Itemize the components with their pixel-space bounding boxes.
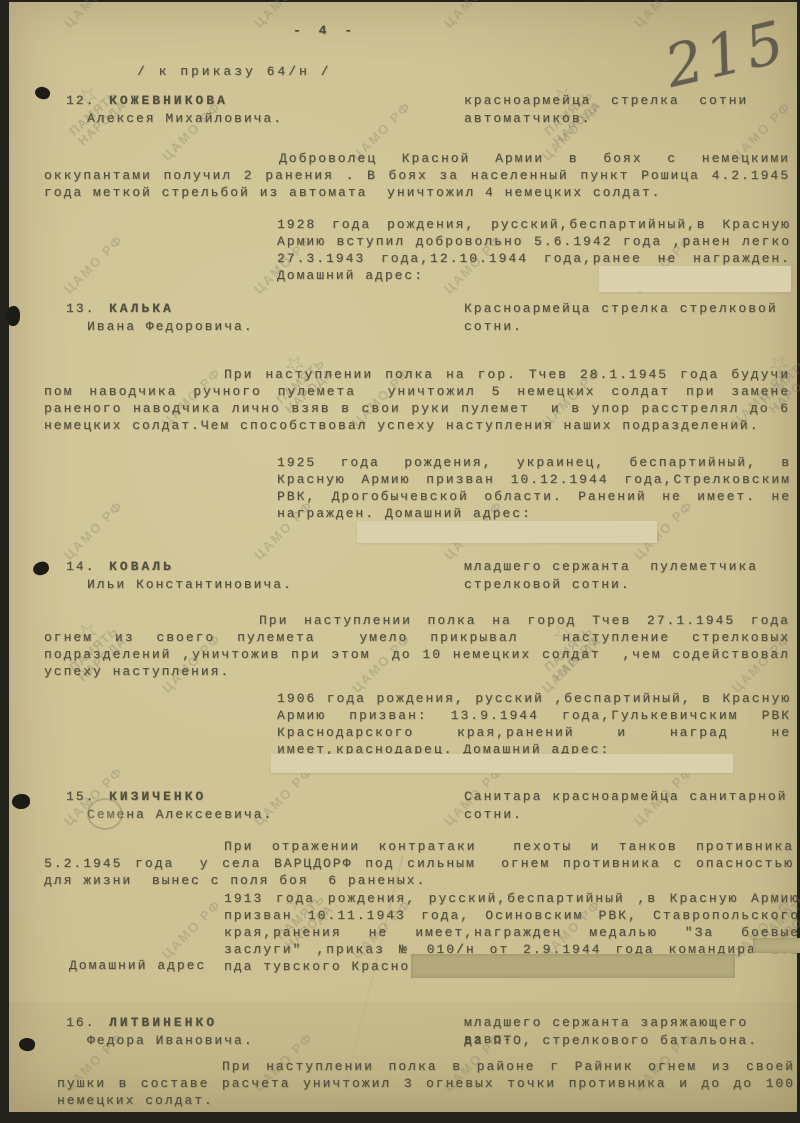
archive-watermark: ЦАМО РФ	[61, 232, 126, 297]
entry-rank-line: младшего сержанта пулеметчика	[464, 558, 799, 575]
entry-surname: ЛИТВИНЕНКО	[109, 1014, 217, 1031]
entry-rank-line: Санитара красноармейца санитарной	[464, 788, 799, 805]
entry-description: При наступлении полка на город Тчев 27.1…	[44, 612, 790, 680]
redaction-bar	[271, 754, 733, 773]
entry-description: При наступлении полка на гор. Тчев 28.1.…	[44, 366, 790, 434]
entry-description: При отражении контратаки пехоты и танков…	[44, 838, 794, 889]
punch-hole	[18, 1037, 36, 1053]
entry-number: 12.	[66, 92, 95, 109]
punch-hole	[12, 794, 30, 809]
punch-hole	[32, 560, 51, 577]
order-reference: / к приказу 64/н /	[137, 63, 331, 80]
page-number: - 4 -	[293, 22, 357, 39]
archive-watermark: ЦАМО РФ	[61, 498, 126, 563]
archive-watermark: ЦАМО РФ	[61, 0, 126, 31]
entry-rank-line: автоматчиков.	[464, 110, 799, 127]
redaction-bar	[599, 266, 791, 292]
entry-bio: 1906 года рождения, русский ,беспартийны…	[277, 690, 791, 758]
entry-address-label: Домашний адрес	[69, 957, 206, 974]
entry-surname: КИЗИЧЕНКО	[109, 788, 206, 805]
entry-rank-line: стрелковой сотни.	[464, 576, 799, 593]
redaction-bar	[411, 954, 735, 978]
punch-hole-ring	[87, 798, 123, 830]
archive-watermark: ЦАМО РФ	[159, 897, 224, 962]
entry-surname: КОВАЛЬ	[109, 558, 174, 575]
entry-rank-line: да ПТО, стрелкового батальона.	[464, 1032, 799, 1049]
redaction-bar	[753, 938, 800, 953]
entry-rank-line: Красноармейца стрелка стрелковой	[464, 300, 799, 317]
scanned-document-page: ЦАМО РФЦАМО РФЦАМО РФЦАМО РФЦАМО РФЦАМО …	[0, 0, 800, 1123]
archive-watermark: ЦАМО РФ	[631, 0, 696, 31]
entry-rank-line: сотни.	[464, 318, 799, 335]
entry-number: 16.	[66, 1014, 95, 1031]
sheet-number-handwritten: 215	[659, 7, 794, 101]
entry-patronymic: Алексея Михайловича.	[87, 110, 283, 127]
entry-patronymic: Ильи Константиновича.	[87, 576, 293, 593]
entry-patronymic: Федора Ивановича.	[87, 1032, 254, 1049]
entry-description: При наступлении полка в районе г Райник …	[57, 1058, 795, 1109]
entry-bio: 1925 года рождения, украинец, беспартийн…	[277, 454, 791, 522]
entry-rank-line: красноармейца стрелка сотни	[464, 92, 799, 109]
archive-watermark: ЦАМО РФ	[441, 0, 506, 31]
paper-sheet: ЦАМО РФЦАМО РФЦАМО РФЦАМО РФЦАМО РФЦАМО …	[9, 2, 797, 1112]
entry-rank-line: сотни.	[464, 806, 799, 823]
entry-surname: КОЖЕВНИКОВА	[109, 92, 228, 109]
punch-hole	[33, 85, 51, 101]
punch-hole	[6, 306, 20, 326]
entry-patronymic: Ивана Федоровича.	[87, 318, 254, 335]
entry-description: Доброволец Красной Армии в боях с немецк…	[44, 150, 790, 201]
entry-number: 14.	[66, 558, 95, 575]
redaction-bar	[357, 521, 657, 543]
entry-surname: КАЛЬКА	[109, 300, 174, 317]
entry-number: 13.	[66, 300, 95, 317]
